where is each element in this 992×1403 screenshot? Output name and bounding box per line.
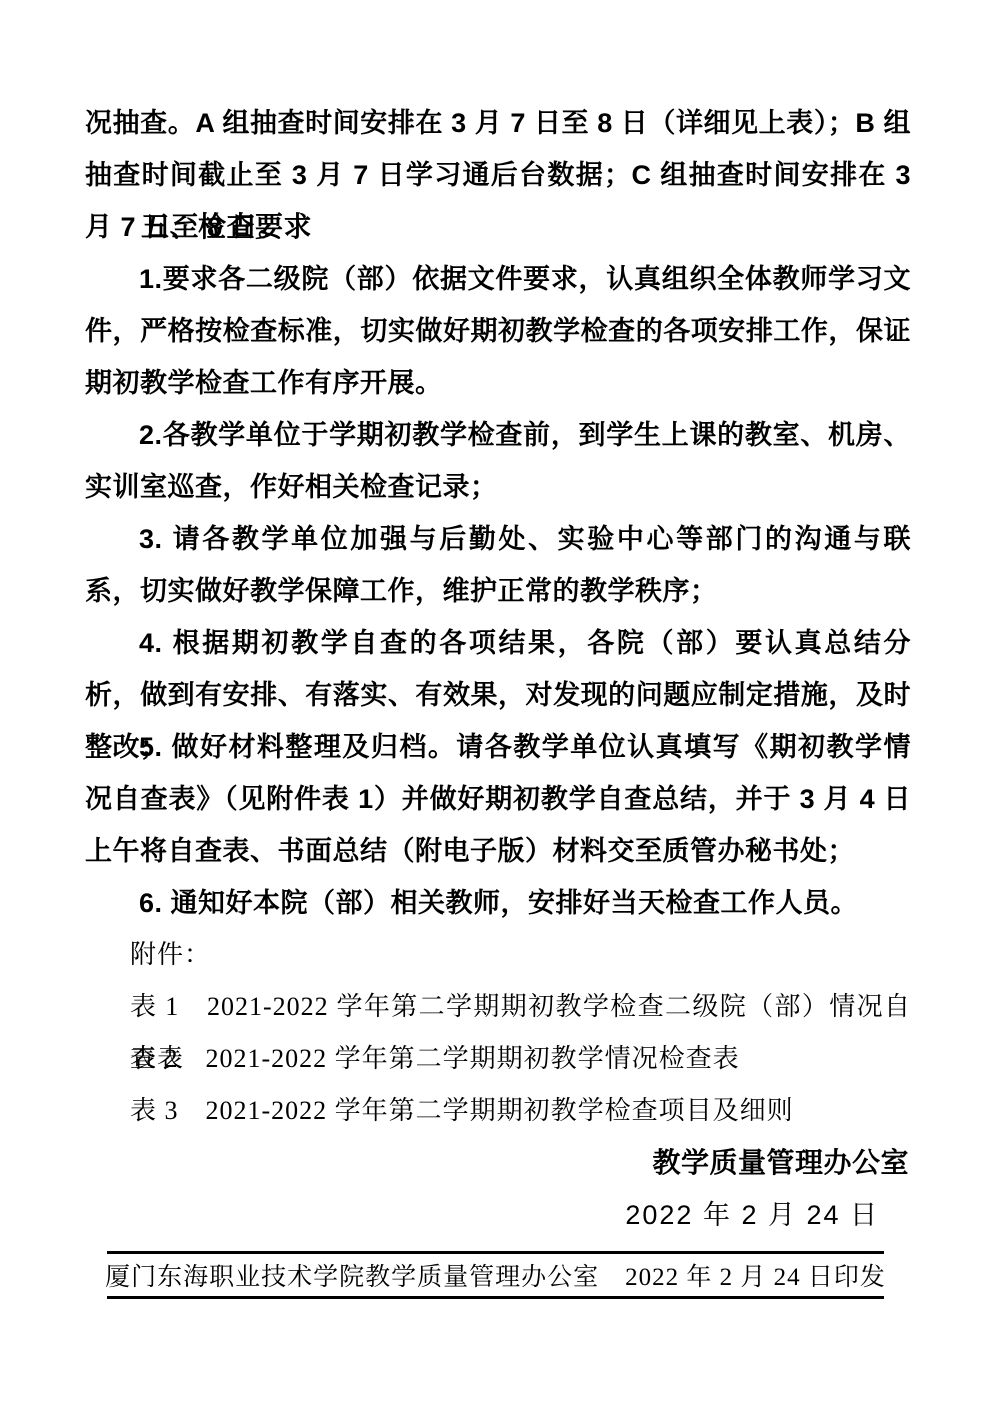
signature-office: 教学质量管理办公室 (85, 1137, 911, 1189)
requirement-item-4: 4. 根据期初教学自查的各项结果，各院（部）要认真总结分析，做到有安排、有落实、… (85, 617, 911, 721)
section-heading: 五、检查要求 (85, 201, 911, 253)
document-page: 况抽查。A 组抽查时间安排在 3 月 7 日至 8 日（详细见上表）；B 组抽查… (0, 0, 992, 1403)
requirement-item-6: 6. 通知好本院（部）相关教师，安排好当天检查工作人员。 (85, 877, 911, 929)
document-body: 况抽查。A 组抽查时间安排在 3 月 7 日至 8 日（详细见上表）；B 组抽查… (85, 97, 911, 1241)
requirement-item-2: 2.各教学单位于学期初教学检查前，到学生上课的教室、机房、实训室巡查，作好相关检… (85, 409, 911, 513)
attachment-table-3: 表 3 2021-2022 学年第二学期期初教学检查项目及细则 (85, 1085, 911, 1137)
attachments-label: 附件： (85, 929, 911, 981)
footer-imprint-text: 厦门东海职业技术学院教学质量管理办公室 2022 年 2 月 24 日印发 (105, 1257, 886, 1293)
continued-paragraph: 况抽查。A 组抽查时间安排在 3 月 7 日至 8 日（详细见上表）；B 组抽查… (85, 97, 911, 201)
requirement-item-3: 3. 请各教学单位加强与后勤处、实验中心等部门的沟通与联系，切实做好教学保障工作… (85, 513, 911, 617)
requirement-item-5: 5. 做好材料整理及归档。请各教学单位认真填写《期初教学情况自查表》（见附件表 … (85, 721, 911, 877)
attachment-table-2: 表 2 2021-2022 学年第二学期期初教学情况检查表 (85, 1033, 911, 1085)
signature-date: 2022 年 2 月 24 日 (85, 1189, 911, 1241)
attachment-table-1: 表 1 2021-2022 学年第二学期期初教学检查二级院（部）情况自查表 (85, 981, 911, 1033)
footer-imprint-bar: 厦门东海职业技术学院教学质量管理办公室 2022 年 2 月 24 日印发 (107, 1251, 884, 1299)
requirement-item-1: 1.要求各二级院（部）依据文件要求，认真组织全体教师学习文件，严格按检查标准，切… (85, 253, 911, 409)
